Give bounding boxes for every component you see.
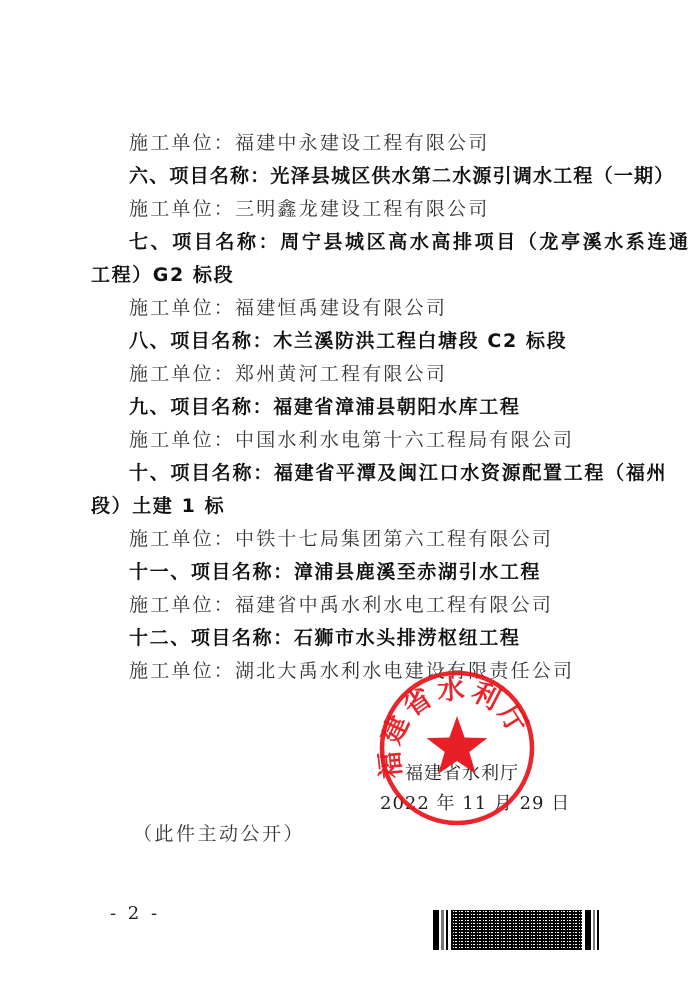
project-number: 十一、 (129, 561, 191, 583)
project-label: 项目名称： (169, 165, 270, 187)
project-label: 项目名称： (170, 462, 274, 484)
project-label: 项目名称： (191, 627, 294, 649)
unit-label: 施工单位： (129, 660, 235, 682)
unit-label: 施工单位： (129, 198, 235, 220)
construction-unit-11: 施工单位：福建省中禹水利水电工程有限公司 (129, 593, 553, 617)
project-label: 项目名称： (172, 231, 280, 253)
project-name: 福建省平潭及闽江口水资源配置工程（福州 (274, 462, 667, 484)
project-number: 八、 (129, 330, 170, 352)
unit-label: 施工单位： (129, 297, 235, 319)
construction-unit-8: 施工单位：郑州黄河工程有限公司 (129, 362, 447, 386)
project-name: 石狮市水头排涝枢纽工程 (294, 627, 521, 649)
project-number: 九、 (129, 396, 170, 418)
project-name: 周宁县城区高水高排项目（龙亭溪水系连通 (280, 231, 690, 253)
issuer-signature: 福建省水利厅 (405, 759, 519, 785)
project-number: 七、 (129, 231, 172, 253)
construction-unit-10: 施工单位：中铁十七局集团第六工程有限公司 (129, 527, 553, 551)
project-name: 木兰溪防洪工程白塘段 C2 标段 (273, 330, 567, 352)
project-10-heading-continuation: 段）土建 1 标 (91, 494, 225, 518)
unit-value: 郑州黄河工程有限公司 (235, 363, 447, 385)
project-11-heading: 十一、项目名称：漳浦县鹿溪至赤湖引水工程 (129, 560, 541, 584)
construction-unit-9: 施工单位：中国水利水电第十六工程局有限公司 (129, 428, 574, 452)
unit-label: 施工单位： (129, 363, 235, 385)
project-9-heading: 九、项目名称：福建省漳浦县朝阳水库工程 (129, 395, 520, 419)
document-barcode-icon (433, 910, 599, 950)
unit-value: 福建恒禹建设有限公司 (235, 297, 447, 319)
project-8-heading: 八、项目名称：木兰溪防洪工程白塘段 C2 标段 (129, 329, 567, 353)
project-10-heading: 十、项目名称：福建省平潭及闽江口水资源配置工程（福州 (129, 461, 667, 485)
construction-unit-7: 施工单位：福建恒禹建设有限公司 (129, 296, 447, 320)
unit-value: 湖北大禹水利水电建设有限责任公司 (235, 660, 574, 682)
unit-value: 福建省中禹水利水电工程有限公司 (235, 594, 553, 616)
unit-value: 中铁十七局集团第六工程有限公司 (235, 528, 553, 550)
project-name: 福建省漳浦县朝阳水库工程 (273, 396, 520, 418)
unit-value: 福建中永建设工程有限公司 (235, 132, 489, 154)
project-number: 六、 (129, 165, 169, 187)
unit-value: 三明鑫龙建设工程有限公司 (235, 198, 489, 220)
project-7-heading-continuation: 工程）G2 标段 (91, 263, 234, 287)
project-label: 项目名称： (170, 396, 273, 418)
project-label: 项目名称： (191, 561, 294, 583)
unit-label: 施工单位： (129, 429, 235, 451)
construction-unit-12: 施工单位：湖北大禹水利水电建设有限责任公司 (129, 659, 574, 683)
project-name: 漳浦县鹿溪至赤湖引水工程 (294, 561, 541, 583)
construction-unit-6: 施工单位：三明鑫龙建设工程有限公司 (129, 197, 489, 221)
project-name: 光泽县城区供水第二水源引调水工程（一期） (270, 165, 674, 187)
unit-label: 施工单位： (129, 132, 235, 154)
project-7-heading: 七、项目名称：周宁县城区高水高排项目（龙亭溪水系连通 (129, 230, 691, 254)
unit-value: 中国水利水电第十六工程局有限公司 (235, 429, 574, 451)
project-number: 十、 (129, 462, 170, 484)
project-12-heading: 十二、项目名称：石狮市水头排涝枢纽工程 (129, 626, 520, 650)
page-number: - 2 - (110, 903, 160, 924)
unit-label: 施工单位： (129, 594, 235, 616)
project-6-heading: 六、项目名称：光泽县城区供水第二水源引调水工程（一期） (129, 164, 674, 188)
project-number: 十二、 (129, 627, 191, 649)
disclosure-note: （此件主动公开） (133, 822, 305, 846)
unit-label: 施工单位： (129, 528, 235, 550)
project-label: 项目名称： (170, 330, 273, 352)
construction-unit-5: 施工单位：福建中永建设工程有限公司 (129, 131, 489, 155)
issue-date: 2022 年 11 月 29 日 (380, 789, 570, 815)
